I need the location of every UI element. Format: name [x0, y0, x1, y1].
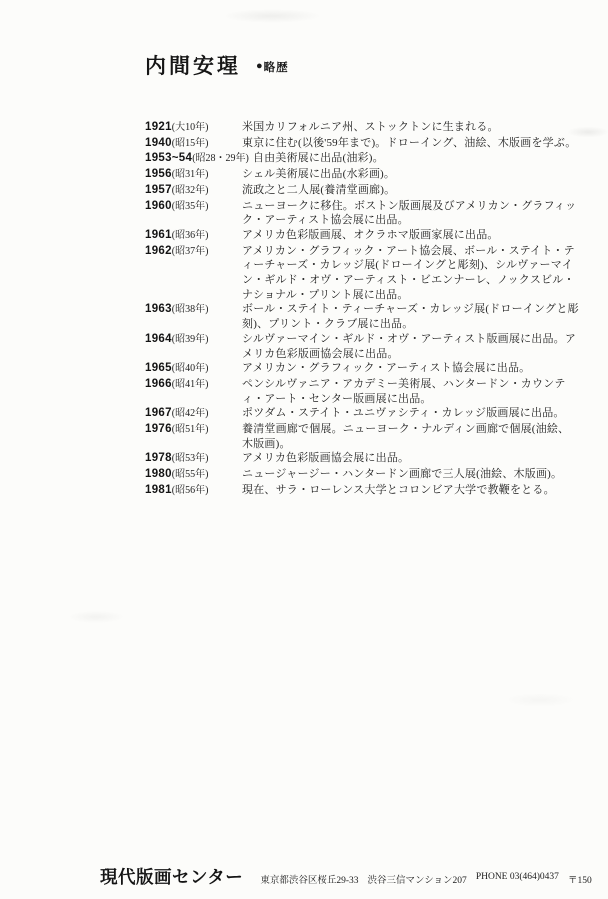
- timeline-year-cell: 1966(昭41年): [145, 377, 242, 393]
- timeline-description: ペンシルヴァニア・アカデミー美術展、ハンタードン・カウンティ・アート・センター版…: [242, 377, 579, 406]
- timeline-row: 1964(昭39年) シルヴァーマイン・ギルド・オヴ・アーティスト版画展に出品。…: [145, 332, 583, 361]
- timeline-year: 1965: [145, 362, 172, 374]
- timeline-year-cell: 1981(昭56年): [145, 483, 242, 499]
- timeline-description: アメリカン・グラフィック・アート協会展、ボール・ステイト・ティーチャーズ・カレッ…: [242, 244, 579, 303]
- biography-timeline: 1921(大10年) 米国カリフォルニア州、ストックトンに生まれる。 1940(…: [145, 120, 583, 499]
- timeline-year-cell: 1978(昭53年): [145, 451, 242, 467]
- timeline-description: 現在、サラ・ローレンス大学とコロンビア大学で教鞭をとる。: [242, 483, 579, 498]
- timeline-era-label: (昭56年): [172, 485, 209, 496]
- timeline-row: 1965(昭40年) アメリカン・グラフィック・アーティスト協会展に出品。: [145, 361, 583, 377]
- timeline-year-cell: 1961(昭36年): [145, 228, 242, 244]
- timeline-description: シェル美術展に出品(水彩画)。: [242, 167, 579, 182]
- timeline-year-cell: 1921(大10年): [145, 120, 242, 136]
- page-subtitle: 略歴: [264, 59, 289, 75]
- timeline-row: 1967(昭42年) ポツダム・ステイト・ユニヴァシティ・カレッジ版画展に出品。: [145, 406, 583, 422]
- timeline-year: 1957: [145, 184, 172, 196]
- timeline-description: ボール・ステイト・ティーチャーズ・カレッジ展(ドローイングと彫刻)、プリント・ク…: [242, 302, 579, 331]
- timeline-year-cell: 1953~54(昭28・29年): [145, 151, 253, 167]
- timeline-era-label: (昭53年): [172, 453, 209, 464]
- timeline-year: 1963: [145, 303, 172, 315]
- timeline-description: 養清堂画廊で個展。ニューヨーク・ナルディン画廊で個展(油絵、木版画)。: [242, 422, 579, 451]
- timeline-year: 1960: [145, 200, 172, 212]
- timeline-year: 1978: [145, 452, 172, 464]
- timeline-description: 東京に住む(以後'59年まで)。ドローイング、油絵、木版画を学ぶ。: [242, 136, 579, 151]
- timeline-year: 1966: [145, 378, 172, 390]
- timeline-year: 1956: [145, 168, 172, 180]
- timeline-row: 1963(昭38年) ボール・ステイト・ティーチャーズ・カレッジ展(ドローイング…: [145, 302, 583, 331]
- timeline-row: 1957(昭32年) 流政之と二人展(養清堂画廊)。: [145, 183, 583, 199]
- timeline-description: ニューヨークに移住。ボストン版画展及びアメリカン・グラフィック・アーティスト協会…: [242, 199, 579, 228]
- timeline-era-label: (昭32年): [172, 185, 209, 196]
- page-title: 内間安瑆: [145, 50, 241, 80]
- timeline-description: アメリカ色彩版画展、オクラホマ版画家展に出品。: [242, 228, 579, 243]
- timeline-era-label: (大10年): [172, 122, 209, 133]
- address-building: 渋谷三信マンション207: [367, 872, 466, 886]
- timeline-year-cell: 1940(昭15年): [145, 136, 242, 152]
- timeline-era-label: (昭39年): [172, 334, 209, 345]
- timeline-row: 1981(昭56年) 現在、サラ・ローレンス大学とコロンビア大学で教鞭をとる。: [145, 483, 583, 499]
- timeline-year-cell: 1956(昭31年): [145, 167, 242, 183]
- subtitle-group: ● 略歴: [256, 56, 289, 75]
- timeline-year-cell: 1967(昭42年): [145, 406, 242, 422]
- timeline-row: 1940(昭15年) 東京に住む(以後'59年まで)。ドローイング、油絵、木版画…: [145, 136, 583, 152]
- timeline-era-label: (昭41年): [172, 379, 209, 390]
- timeline-era-label: (昭55年): [172, 469, 209, 480]
- timeline-year: 1962: [145, 245, 172, 257]
- timeline-year-cell: 1976(昭51年): [145, 422, 242, 438]
- timeline-era-label: (昭35年): [172, 201, 209, 212]
- publisher-logo: 現代版画センター: [100, 864, 243, 889]
- timeline-description: 自由美術展に出品(油彩)。: [253, 151, 583, 166]
- timeline-row: 1961(昭36年) アメリカ色彩版画展、オクラホマ版画家展に出品。: [145, 228, 583, 244]
- scanned-document-page: 内間安瑆 ● 略歴 1921(大10年) 米国カリフォルニア州、ストックトンに生…: [0, 0, 608, 899]
- timeline-description: アメリカン・グラフィック・アーティスト協会展に出品。: [242, 361, 579, 376]
- timeline-description: シルヴァーマイン・ギルド・オヴ・アーティスト版画展に出品。アメリカ色彩版画協会展…: [242, 332, 579, 361]
- timeline-row: 1978(昭53年) アメリカ色彩版画協会展に出品。: [145, 451, 583, 467]
- timeline-year-cell: 1962(昭37年): [145, 244, 242, 260]
- timeline-era-label: (昭28・29年): [192, 153, 249, 164]
- timeline-row: 1962(昭37年) アメリカン・グラフィック・アート協会展、ボール・ステイト・…: [145, 244, 583, 303]
- timeline-era-label: (昭31年): [172, 169, 209, 180]
- timeline-year: 1940: [145, 137, 172, 149]
- timeline-year: 1976: [145, 423, 172, 435]
- timeline-year: 1921: [145, 121, 172, 133]
- timeline-year-cell: 1960(昭35年): [145, 199, 242, 215]
- timeline-description: ニュージャージー・ハンタードン画廊で三人展(油絵、木版画)。: [242, 467, 579, 482]
- timeline-era-label: (昭42年): [172, 408, 209, 419]
- timeline-year: 1981: [145, 484, 172, 496]
- timeline-year: 1961: [145, 229, 172, 241]
- timeline-description: アメリカ色彩版画協会展に出品。: [242, 451, 579, 466]
- timeline-year-cell: 1957(昭32年): [145, 183, 242, 199]
- timeline-era-label: (昭40年): [172, 363, 209, 374]
- timeline-year: 1980: [145, 468, 172, 480]
- timeline-row: 1960(昭35年) ニューヨークに移住。ボストン版画展及びアメリカン・グラフィ…: [145, 199, 583, 228]
- timeline-row: 1956(昭31年) シェル美術展に出品(水彩画)。: [145, 167, 583, 183]
- timeline-row: 1953~54(昭28・29年) 自由美術展に出品(油彩)。: [145, 151, 583, 167]
- timeline-era-label: (昭37年): [172, 246, 209, 257]
- timeline-row: 1966(昭41年) ペンシルヴァニア・アカデミー美術展、ハンタードン・カウンテ…: [145, 377, 583, 406]
- timeline-year-cell: 1964(昭39年): [145, 332, 242, 348]
- timeline-year: 1967: [145, 407, 172, 419]
- timeline-row: 1921(大10年) 米国カリフォルニア州、ストックトンに生まれる。: [145, 120, 583, 136]
- timeline-era-label: (昭51年): [172, 424, 209, 435]
- timeline-era-label: (昭36年): [172, 230, 209, 241]
- timeline-description: 流政之と二人展(養清堂画廊)。: [242, 183, 579, 198]
- timeline-year-cell: 1965(昭40年): [145, 361, 242, 377]
- timeline-description: ポツダム・ステイト・ユニヴァシティ・カレッジ版画展に出品。: [242, 406, 579, 421]
- timeline-row: 1976(昭51年) 養清堂画廊で個展。ニューヨーク・ナルディン画廊で個展(油絵…: [145, 422, 583, 451]
- address-street: 東京都渋谷区桜丘29-33: [260, 872, 358, 886]
- timeline-description: 米国カリフォルニア州、ストックトンに生まれる。: [242, 120, 579, 135]
- address-postal-code: 〒150: [568, 872, 592, 886]
- timeline-era-label: (昭15年): [172, 138, 209, 149]
- timeline-row: 1980(昭55年) ニュージャージー・ハンタードン画廊で三人展(油絵、木版画)…: [145, 467, 583, 483]
- timeline-year-cell: 1963(昭38年): [145, 302, 242, 318]
- timeline-year-cell: 1980(昭55年): [145, 467, 242, 483]
- address-phone: PHONE 03(464)0437: [476, 872, 559, 886]
- bullet-icon: ●: [256, 61, 263, 72]
- timeline-year: 1964: [145, 333, 172, 345]
- timeline-year: 1953~54: [145, 152, 192, 164]
- publisher-address: 東京都渋谷区桜丘29-33 渋谷三信マンション207 PHONE 03(464)…: [260, 868, 591, 886]
- timeline-era-label: (昭38年): [172, 304, 209, 315]
- page-footer: 現代版画センター 東京都渋谷区桜丘29-33 渋谷三信マンション207 PHON…: [100, 864, 592, 889]
- page-header: 内間安瑆 ● 略歴: [145, 50, 289, 80]
